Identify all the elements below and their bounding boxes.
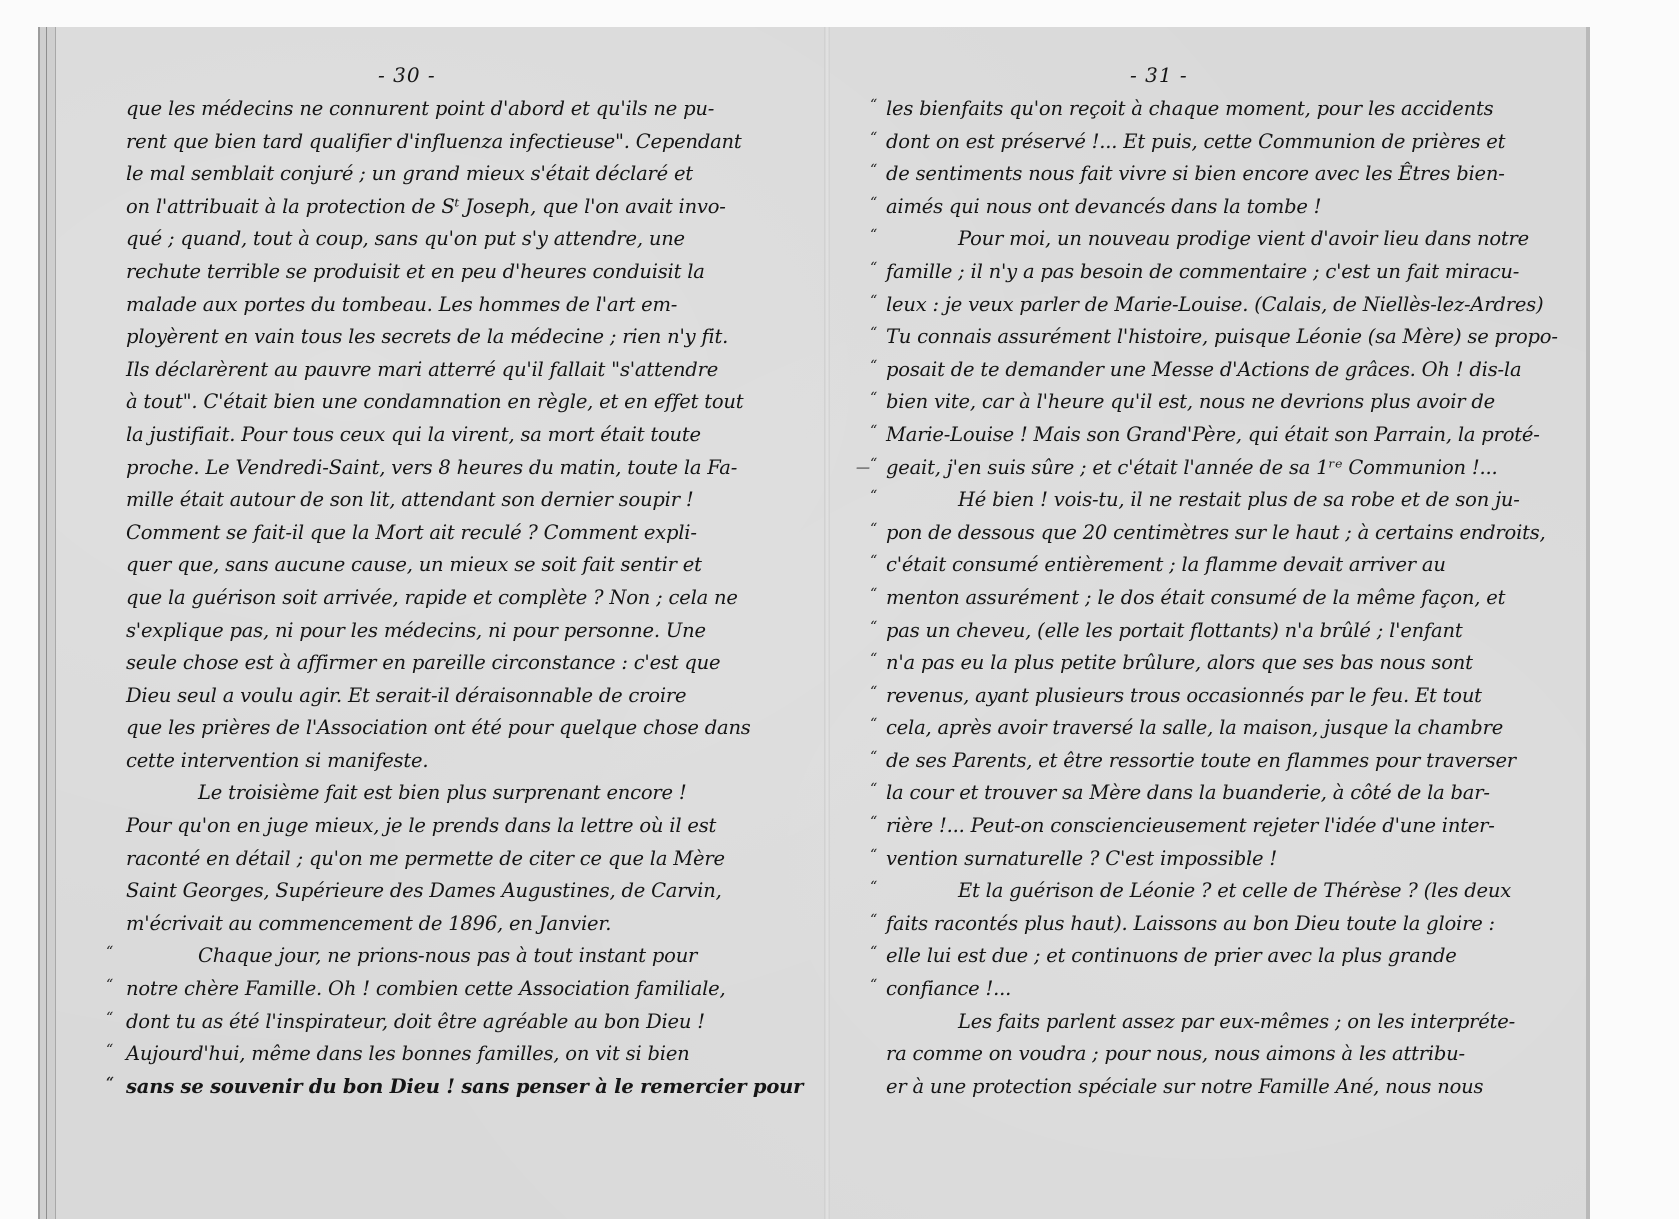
text-line: raconté en détail ; qu'on me permette de… bbox=[126, 843, 826, 876]
text-line: “leux : je veux parler de Marie-Louise. … bbox=[886, 289, 1586, 322]
text-line: “faits racontés plus haut). Laissons au … bbox=[886, 908, 1586, 941]
left-page-text: que les médecins ne connurent point d'ab… bbox=[126, 93, 826, 1103]
text-line: “Pour moi, un nouveau prodige vient d'av… bbox=[886, 223, 1586, 256]
line-text: ra comme on voudra ; pour nous, nous aim… bbox=[886, 1042, 1465, 1065]
text-line: “pas un cheveu, (elle les portait flotta… bbox=[886, 615, 1586, 648]
text-line: “n'a pas eu la plus petite brûlure, alor… bbox=[886, 647, 1586, 680]
text-line: Comment se fait-il que la Mort ait recul… bbox=[126, 517, 826, 550]
quotation-mark-icon: “ bbox=[870, 969, 877, 1002]
quotation-mark-icon: “ bbox=[106, 969, 113, 1002]
quotation-mark-icon: “ bbox=[106, 936, 113, 969]
text-line: “famille ; il n'y a pas besoin de commen… bbox=[886, 256, 1586, 289]
text-line: que la guérison soit arrivée, rapide et … bbox=[126, 582, 826, 615]
text-line: “Marie-Louise ! Mais son Grand'Père, qui… bbox=[886, 419, 1586, 452]
line-text: Chaque jour, ne prions-nous pas à tout i… bbox=[198, 944, 697, 967]
text-line: mille était autour de son lit, attendant… bbox=[126, 484, 826, 517]
line-text: pon de dessous que 20 centimètres sur le… bbox=[886, 521, 1546, 544]
text-line: “la cour et trouver sa Mère dans la buan… bbox=[886, 777, 1586, 810]
text-line: “vention surnaturelle ? C'est impossible… bbox=[886, 843, 1586, 876]
line-text: confiance !... bbox=[886, 977, 1011, 1000]
right-page-text: “les bienfaits qu'on reçoit à chaque mom… bbox=[886, 93, 1586, 1103]
line-text: on l'attribuait à la protection de Sᵗ Jo… bbox=[126, 195, 726, 218]
line-text: faits racontés plus haut). Laissons au b… bbox=[886, 912, 1495, 935]
text-line: “bien vite, car à l'heure qu'il est, nou… bbox=[886, 386, 1586, 419]
text-line: cette intervention si manifeste. bbox=[126, 745, 826, 778]
quotation-mark-icon: “ bbox=[870, 806, 877, 839]
quotation-mark-icon: “ bbox=[106, 1002, 113, 1035]
text-line: “de sentiments nous fait vivre si bien e… bbox=[886, 158, 1586, 191]
text-line: malade aux portes du tombeau. Les hommes… bbox=[126, 289, 826, 322]
text-line: “notre chère Famille. Oh ! combien cette… bbox=[126, 973, 826, 1006]
text-line: s'explique pas, ni pour les médecins, ni… bbox=[126, 615, 826, 648]
text-line: “Chaque jour, ne prions-nous pas à tout … bbox=[126, 940, 826, 973]
quotation-mark-icon: “ bbox=[870, 708, 877, 741]
line-text: aimés qui nous ont devancés dans la tomb… bbox=[886, 195, 1321, 218]
quotation-mark-icon: “ bbox=[870, 252, 877, 285]
line-text: posait de te demander une Messe d'Action… bbox=[886, 358, 1521, 381]
text-line: rent que bien tard qualifier d'influenza… bbox=[126, 126, 826, 159]
text-line: “rière !... Peut-on consciencieusement r… bbox=[886, 810, 1586, 843]
page-number-left: - 30 - bbox=[378, 63, 436, 87]
line-text: notre chère Famille. Oh ! combien cette … bbox=[126, 977, 726, 1000]
line-text: le mal semblait conjuré ; un grand mieux… bbox=[126, 162, 693, 185]
line-text: Saint Georges, Supérieure des Dames Augu… bbox=[126, 879, 722, 902]
line-text: dont on est préservé !... Et puis, cette… bbox=[886, 130, 1505, 153]
line-text: m'écrivait au commencement de 1896, en J… bbox=[126, 912, 611, 935]
quotation-mark-icon: “ bbox=[870, 611, 877, 644]
line-text: Marie-Louise ! Mais son Grand'Père, qui … bbox=[886, 423, 1540, 446]
quotation-mark-icon: “ bbox=[870, 904, 877, 937]
text-line: “aimés qui nous ont devancés dans la tom… bbox=[886, 191, 1586, 224]
line-text: vention surnaturelle ? C'est impossible … bbox=[886, 847, 1277, 870]
line-text: cette intervention si manifeste. bbox=[126, 749, 428, 772]
line-text: menton assurément ; le dos était consumé… bbox=[886, 586, 1505, 609]
line-text: proche. Le Vendredi-Saint, vers 8 heures… bbox=[126, 456, 737, 479]
line-text: Pour moi, un nouveau prodige vient d'avo… bbox=[958, 227, 1529, 250]
text-line: on l'attribuait à la protection de Sᵗ Jo… bbox=[126, 191, 826, 224]
line-text: à tout". C'était bien une condamnation e… bbox=[126, 390, 743, 413]
line-text: rechute terrible se produisit et en peu … bbox=[126, 260, 705, 283]
text-line: proche. Le Vendredi-Saint, vers 8 heures… bbox=[126, 452, 826, 485]
line-text: mille était autour de son lit, attendant… bbox=[126, 488, 693, 511]
text-line: er à une protection spéciale sur notre F… bbox=[886, 1071, 1586, 1104]
line-text: de ses Parents, et être ressortie toute … bbox=[886, 749, 1516, 772]
text-line: “c'était consumé entièrement ; la flamme… bbox=[886, 549, 1586, 582]
quotation-mark-icon: “ bbox=[870, 871, 877, 904]
right-page: - 31 - “les bienfaits qu'on reçoit à cha… bbox=[830, 27, 1590, 1219]
line-text: rent que bien tard qualifier d'influenza… bbox=[126, 130, 742, 153]
text-line: “Tu connais assurément l'histoire, puisq… bbox=[886, 321, 1586, 354]
line-text: malade aux portes du tombeau. Les hommes… bbox=[126, 293, 677, 316]
quotation-mark-icon: “ bbox=[870, 643, 877, 676]
text-line: quer que, sans aucune cause, un mieux se… bbox=[126, 549, 826, 582]
text-line: “confiance !... bbox=[886, 973, 1586, 1006]
line-text: geait, j'en suis sûre ; et c'était l'ann… bbox=[886, 456, 1497, 479]
margin-mark: — bbox=[856, 452, 870, 485]
text-line: “posait de te demander une Messe d'Actio… bbox=[886, 354, 1586, 387]
quotation-mark-icon: “ bbox=[106, 1034, 113, 1067]
line-text: quer que, sans aucune cause, un mieux se… bbox=[126, 553, 702, 576]
quotation-mark-icon: “ bbox=[870, 317, 877, 350]
line-text: la justifiait. Pour tous ceux qui la vir… bbox=[126, 423, 701, 446]
text-line: “pon de dessous que 20 centimètres sur l… bbox=[886, 517, 1586, 550]
text-line: “sans se souvenir du bon Dieu ! sans pen… bbox=[126, 1071, 826, 1104]
quotation-mark-icon: “ bbox=[870, 448, 877, 481]
text-line: le mal semblait conjuré ; un grand mieux… bbox=[126, 158, 826, 191]
quotation-mark-icon: “ bbox=[106, 1067, 114, 1100]
line-text: Pour qu'on en juge mieux, je le prends d… bbox=[126, 814, 716, 837]
line-text: cela, après avoir traversé la salle, la … bbox=[886, 716, 1503, 739]
line-text: n'a pas eu la plus petite brûlure, alors… bbox=[886, 651, 1473, 674]
line-text: c'était consumé entièrement ; la flamme … bbox=[886, 553, 1446, 576]
quotation-mark-icon: “ bbox=[870, 122, 877, 155]
text-line: qué ; quand, tout à coup, sans qu'on put… bbox=[126, 223, 826, 256]
text-line: “Hé bien ! vois-tu, il ne restait plus d… bbox=[886, 484, 1586, 517]
quotation-mark-icon: “ bbox=[870, 741, 877, 774]
line-text: s'explique pas, ni pour les médecins, ni… bbox=[126, 619, 706, 642]
line-text: raconté en détail ; qu'on me permette de… bbox=[126, 847, 725, 870]
line-text: Ils déclarèrent au pauvre mari atterré q… bbox=[126, 358, 718, 381]
line-text: ployèrent en vain tous les secrets de la… bbox=[126, 325, 728, 348]
line-text: de sentiments nous fait vivre si bien en… bbox=[886, 162, 1505, 185]
line-text: les bienfaits qu'on reçoit à chaque mome… bbox=[886, 97, 1493, 120]
text-line: ployèrent en vain tous les secrets de la… bbox=[126, 321, 826, 354]
quotation-mark-icon: “ bbox=[870, 578, 877, 611]
quotation-mark-icon: “ bbox=[870, 480, 877, 513]
quotation-mark-icon: “ bbox=[870, 676, 877, 709]
text-line: seule chose est à affirmer en pareille c… bbox=[126, 647, 826, 680]
text-line: “revenus, ayant plusieurs trous occasion… bbox=[886, 680, 1586, 713]
line-text: Et la guérison de Léonie ? et celle de T… bbox=[958, 879, 1511, 902]
quotation-mark-icon: “ bbox=[870, 936, 877, 969]
text-line: que les médecins ne connurent point d'ab… bbox=[126, 93, 826, 126]
line-text: Le troisième fait est bien plus surprena… bbox=[198, 781, 687, 804]
line-text: que la guérison soit arrivée, rapide et … bbox=[126, 586, 738, 609]
quotation-mark-icon: “ bbox=[870, 187, 877, 220]
text-line: “dont tu as été l'inspirateur, doit être… bbox=[126, 1006, 826, 1039]
line-text: seule chose est à affirmer en pareille c… bbox=[126, 651, 720, 674]
line-text: dont tu as été l'inspirateur, doit être … bbox=[126, 1010, 705, 1033]
page-number-right: - 31 - bbox=[1130, 63, 1188, 87]
text-line: Ils déclarèrent au pauvre mari atterré q… bbox=[126, 354, 826, 387]
line-text: elle lui est due ; et continuons de prie… bbox=[886, 944, 1457, 967]
text-line: Saint Georges, Supérieure des Dames Augu… bbox=[126, 875, 826, 908]
line-text: qué ; quand, tout à coup, sans qu'on put… bbox=[126, 227, 685, 250]
line-text: Les faits parlent assez par eux-mêmes ; … bbox=[958, 1010, 1515, 1033]
text-line: rechute terrible se produisit et en peu … bbox=[126, 256, 826, 289]
text-line: “de ses Parents, et être ressortie toute… bbox=[886, 745, 1586, 778]
quotation-mark-icon: “ bbox=[870, 545, 877, 578]
quotation-mark-icon: “ bbox=[870, 839, 877, 872]
line-text: leux : je veux parler de Marie-Louise. (… bbox=[886, 293, 1543, 316]
line-text: famille ; il n'y a pas besoin de comment… bbox=[886, 260, 1519, 283]
text-line: Le troisième fait est bien plus surprena… bbox=[126, 777, 826, 810]
quotation-mark-icon: “ bbox=[870, 89, 877, 122]
text-line: la justifiait. Pour tous ceux qui la vir… bbox=[126, 419, 826, 452]
line-text: Comment se fait-il que la Mort ait recul… bbox=[126, 521, 697, 544]
quotation-mark-icon: “ bbox=[870, 350, 877, 383]
text-line: Dieu seul a voulu agir. Et serait-il dér… bbox=[126, 680, 826, 713]
line-text: Tu connais assurément l'histoire, puisqu… bbox=[886, 325, 1558, 348]
line-text: la cour et trouver sa Mère dans la buand… bbox=[886, 781, 1490, 804]
quotation-mark-icon: “ bbox=[870, 219, 877, 252]
left-page: - 30 - que les médecins ne connurent poi… bbox=[38, 27, 826, 1219]
quotation-mark-icon: “ bbox=[870, 415, 877, 448]
text-line: “les bienfaits qu'on reçoit à chaque mom… bbox=[886, 93, 1586, 126]
quotation-mark-icon: “ bbox=[870, 773, 877, 806]
text-line: ra comme on voudra ; pour nous, nous aim… bbox=[886, 1038, 1586, 1071]
quotation-mark-icon: “ bbox=[870, 382, 877, 415]
line-text: Hé bien ! vois-tu, il ne restait plus de… bbox=[958, 488, 1520, 511]
line-text: Dieu seul a voulu agir. Et serait-il dér… bbox=[126, 684, 686, 707]
text-line: “dont on est préservé !... Et puis, cett… bbox=[886, 126, 1586, 159]
line-text: er à une protection spéciale sur notre F… bbox=[886, 1075, 1483, 1098]
text-line: “cela, après avoir traversé la salle, la… bbox=[886, 712, 1586, 745]
text-line: Les faits parlent assez par eux-mêmes ; … bbox=[886, 1006, 1586, 1039]
line-text: bien vite, car à l'heure qu'il est, nous… bbox=[886, 390, 1495, 413]
line-text: revenus, ayant plusieurs trous occasionn… bbox=[886, 684, 1482, 707]
text-line: Pour qu'on en juge mieux, je le prends d… bbox=[126, 810, 826, 843]
line-text: rière !... Peut-on consciencieusement re… bbox=[886, 814, 1495, 837]
text-line: “elle lui est due ; et continuons de pri… bbox=[886, 940, 1586, 973]
quotation-mark-icon: “ bbox=[870, 513, 877, 546]
line-text: pas un cheveu, (elle les portait flottan… bbox=[886, 619, 1462, 642]
text-line: m'écrivait au commencement de 1896, en J… bbox=[126, 908, 826, 941]
line-text: sans se souvenir du bon Dieu ! sans pens… bbox=[126, 1075, 803, 1098]
line-text: que les médecins ne connurent point d'ab… bbox=[126, 97, 714, 120]
line-text: que les prières de l'Association ont été… bbox=[126, 716, 751, 739]
text-line: que les prières de l'Association ont été… bbox=[126, 712, 826, 745]
quotation-mark-icon: “ bbox=[870, 154, 877, 187]
text-line: “menton assurément ; le dos était consum… bbox=[886, 582, 1586, 615]
line-text: Aujourd'hui, même dans les bonnes famill… bbox=[126, 1042, 690, 1065]
text-line: “Et la guérison de Léonie ? et celle de … bbox=[886, 875, 1586, 908]
quotation-mark-icon: “ bbox=[870, 285, 877, 318]
text-line: “Aujourd'hui, même dans les bonnes famil… bbox=[126, 1038, 826, 1071]
manuscript-spread: - 30 - que les médecins ne connurent poi… bbox=[38, 27, 1590, 1219]
text-line: “—geait, j'en suis sûre ; et c'était l'a… bbox=[886, 452, 1586, 485]
text-line: à tout". C'était bien une condamnation e… bbox=[126, 386, 826, 419]
